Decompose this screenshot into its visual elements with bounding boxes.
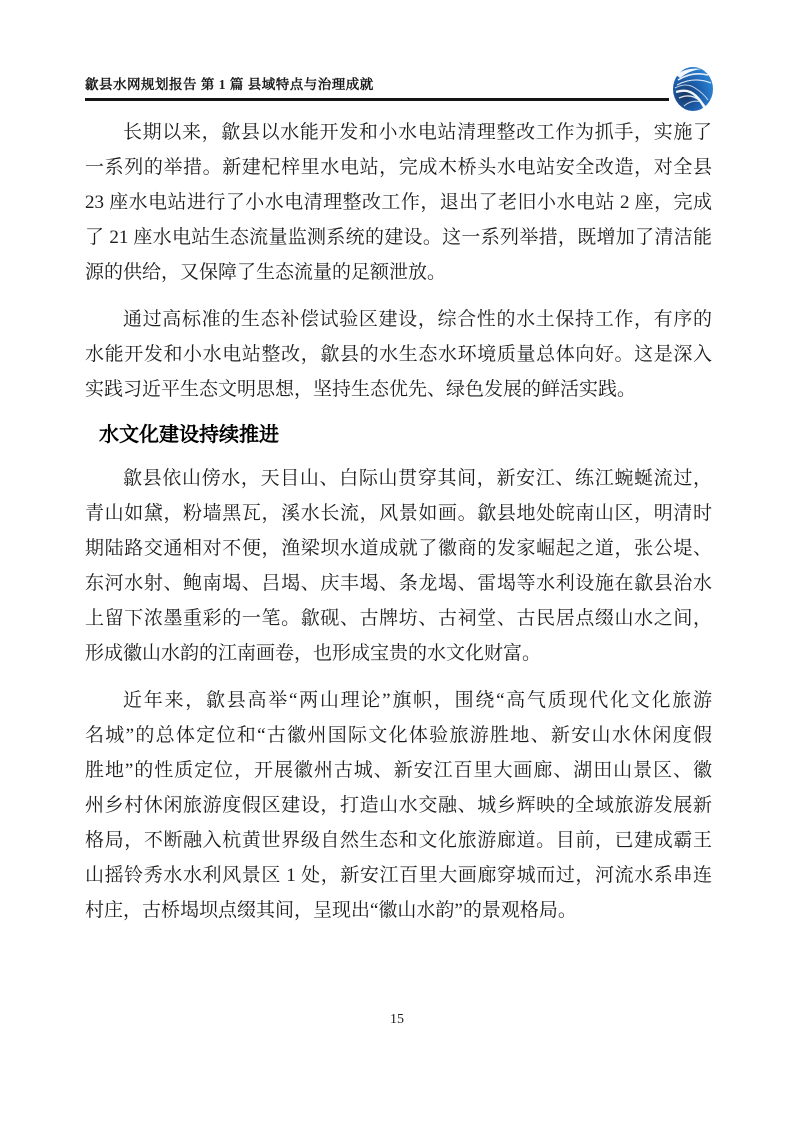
page-footer: 15 [0, 1010, 794, 1028]
paragraph-line: 东河水射、鲍南堨、吕堨、庆丰堨、条龙堨、雷堨等水利设施在歙县治水 [85, 566, 712, 601]
paragraph-line: 实践习近平生态文明思想，坚持生态优先、绿色发展的鲜活实践。 [85, 372, 712, 407]
paragraph-line: 23 座水电站进行了小水电清理整改工作，退出了老旧小水电站 2 座，完成 [85, 185, 712, 220]
paragraph-line: 歙县依山傍水，天目山、白际山贯穿其间，新安江、练江蜿蜒流过， [85, 461, 712, 496]
paragraph-line: 了 21 座水电站生态流量监测系统的建设。这一系列举措，既增加了清洁能 [85, 220, 712, 255]
paragraph-line: 上留下浓墨重彩的一笔。歙砚、古牌坊、古祠堂、古民居点缀山水之间， [85, 601, 712, 636]
paragraph-line: 水能开发和小水电站整改，歙县的水生态水环境质量总体向好。这是深入 [85, 337, 712, 372]
paragraph-line: 山摇铃秀水水利风景区 1 处，新安江百里大画廊穿城而过，河流水系串连 [85, 858, 712, 893]
paragraph-line: 长期以来，歙县以水能开发和小水电站清理整改工作为抓手，实施了 [85, 115, 712, 150]
paragraph: 歙县依山傍水，天目山、白际山贯穿其间，新安江、练江蜿蜒流过，青山如黛，粉墙黑瓦，… [85, 461, 712, 671]
document-body: 长期以来，歙县以水能开发和小水电站清理整改工作为抓手，实施了一系列的举措。新建杞… [85, 115, 712, 940]
paragraph-line: 格局，不断融入杭黄世界级自然生态和文化旅游廊道。目前，已建成霸王 [85, 823, 712, 858]
paragraph-line: 源的供给，又保障了生态流量的足额泄放。 [85, 255, 712, 290]
page-header: 歙县水网规划报告 第 1 篇 县域特点与治理成就 [85, 66, 714, 101]
paragraph: 近年来，歙县高举“两山理论”旗帜，围绕“高气质现代化文化旅游名城”的总体定位和“… [85, 683, 712, 928]
paragraph-line: 村庄，古桥堨坝点缀其间，呈现出“徽山水韵”的景观格局。 [85, 893, 712, 928]
paragraph-line: 名城”的总体定位和“古徽州国际文化体验旅游胜地、新安山水休闲度假 [85, 718, 712, 753]
paragraph-line: 通过高标准的生态补偿试验区建设，综合性的水土保持工作，有序的 [85, 302, 712, 337]
paragraph-line: 近年来，歙县高举“两山理论”旗帜，围绕“高气质现代化文化旅游 [85, 683, 712, 718]
section-heading: 水文化建设持续推进 [85, 419, 712, 451]
paragraph-line: 青山如黛，粉墙黑瓦，溪水长流，风景如画。歙县地处皖南山区，明清时 [85, 496, 712, 531]
paragraph: 长期以来，歙县以水能开发和小水电站清理整改工作为抓手，实施了一系列的举措。新建杞… [85, 115, 712, 290]
paragraph-line: 胜地”的性质定位，开展徽州古城、新安江百里大画廊、湖田山景区、徽 [85, 753, 712, 788]
report-page: 歙县水网规划报告 第 1 篇 县域特点与治理成就 长期以来，歙县以水能开发和小水… [0, 0, 794, 1122]
paragraph: 通过高标准的生态补偿试验区建设，综合性的水土保持工作，有序的水能开发和小水电站整… [85, 302, 712, 407]
page-number: 15 [390, 1012, 404, 1027]
paragraph-line: 形成徽山水韵的江南画卷，也形成宝贵的水文化财富。 [85, 636, 712, 671]
header-title: 歙县水网规划报告 第 1 篇 县域特点与治理成就 [85, 77, 374, 92]
paragraph-line: 期陆路交通相对不便，渔梁坝水道成就了徽商的发家崛起之道，张公堤、 [85, 531, 712, 566]
paragraph-line: 一系列的举措。新建杞梓里水电站，完成木桥头水电站安全改造，对全县 [85, 150, 712, 185]
water-swirl-logo-icon [672, 66, 714, 112]
paragraph-line: 州乡村休闲旅游度假区建设，打造山水交融、城乡辉映的全域旅游发展新 [85, 788, 712, 823]
header-rule: 歙县水网规划报告 第 1 篇 县域特点与治理成就 [85, 73, 669, 101]
